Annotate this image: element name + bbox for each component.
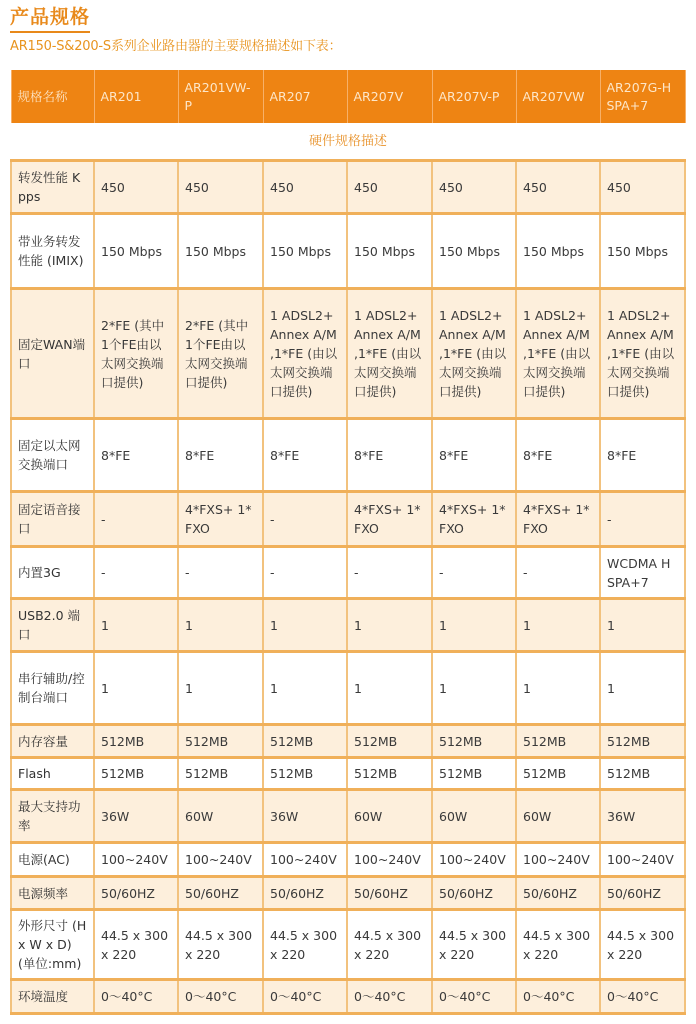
cell-value: 8*FE (178, 419, 263, 492)
cell-value: 1 (94, 652, 178, 725)
cell-value: 44.5 x 300 x 220 (432, 910, 516, 980)
table-row: 电源(AC)100~240V100~240V100~240V100~240V10… (11, 843, 685, 877)
cell-value: 450 (347, 161, 432, 214)
row-label: 带业务转发性能 (IMIX) (11, 214, 94, 289)
cell-value: 100~240V (347, 843, 432, 877)
table-row: 串行辅助/控制台端口1111111 (11, 652, 685, 725)
page-subtitle: AR150-S&200-S系列企业路由器的主要规格描述如下表： (10, 35, 341, 54)
header-cell-ar201: AR201 (94, 70, 178, 123)
cell-value: 450 (600, 161, 685, 214)
cell-value: 450 (178, 161, 263, 214)
cell-value: 450 (94, 161, 178, 214)
cell-value: 1 (347, 652, 432, 725)
table-row: 环境温度0～40°C0～40°C0～40°C0～40°C0～40°C0～40°C… (11, 980, 685, 1014)
table-row: 转发性能 Kpps450450450450450450450 (11, 161, 685, 214)
cell-value: 0～40°C (94, 980, 178, 1014)
cell-value: 512MB (516, 758, 600, 790)
cell-value: 150 Mbps (178, 214, 263, 289)
cell-value: 36W (600, 790, 685, 843)
table-row: 内置3G------WCDMA HSPA+7 (11, 547, 685, 599)
cell-value: 8*FE (94, 419, 178, 492)
row-label: 串行辅助/控制台端口 (11, 652, 94, 725)
cell-value: 1 ADSL2+ Annex A/M ,1*FE (由以太网交换端口提供) (600, 289, 685, 419)
cell-value: 512MB (432, 758, 516, 790)
cell-value: 512MB (600, 758, 685, 790)
cell-value: 1 (263, 652, 347, 725)
cell-value: 44.5 x 300 x 220 (347, 910, 432, 980)
page-title: 产品规格 (10, 2, 90, 33)
cell-value: 60W (347, 790, 432, 843)
cell-value: 50/60HZ (600, 877, 685, 910)
cell-value: 60W (178, 790, 263, 843)
header-cell-spec-name: 规格名称 (11, 70, 94, 123)
cell-value: 450 (516, 161, 600, 214)
section-row: 硬件规格描述 (11, 123, 685, 161)
row-label: 电源(AC) (11, 843, 94, 877)
cell-value: 100~240V (600, 843, 685, 877)
cell-value: 1 (178, 652, 263, 725)
cell-value: - (432, 547, 516, 599)
table-row: 最大支持功率36W60W36W60W60W60W36W (11, 790, 685, 843)
cell-value: - (94, 547, 178, 599)
row-label: 外形尺寸 (H x W x D) (单位:mm) (11, 910, 94, 980)
cell-value: 4*FXS+ 1*FXO (516, 492, 600, 547)
header-cell-ar207vw: AR207VW (516, 70, 600, 123)
header-cell-ar207v-p: AR207V-P (432, 70, 516, 123)
cell-value: 50/60HZ (263, 877, 347, 910)
cell-value: 100~240V (263, 843, 347, 877)
row-label: 电源频率 (11, 877, 94, 910)
cell-value: - (94, 492, 178, 547)
cell-value: 60W (516, 790, 600, 843)
cell-value: 1 ADSL2+ Annex A/M ,1*FE (由以太网交换端口提供) (347, 289, 432, 419)
cell-value: 4*FXS+ 1*FXO (347, 492, 432, 547)
cell-value: 512MB (178, 725, 263, 758)
header-cell-ar207: AR207 (263, 70, 347, 123)
cell-value: 2*FE (其中1个FE由以太网交换端口提供) (94, 289, 178, 419)
table-body: 硬件规格描述 转发性能 Kpps450450450450450450450带业务… (11, 123, 685, 1014)
cell-value: 150 Mbps (347, 214, 432, 289)
cell-value: 450 (263, 161, 347, 214)
cell-value: 100~240V (94, 843, 178, 877)
cell-value: 100~240V (516, 843, 600, 877)
cell-value: 1 (516, 652, 600, 725)
cell-value: 60W (432, 790, 516, 843)
cell-value: 1 ADSL2+ Annex A/M ,1*FE (由以太网交换端口提供) (263, 289, 347, 419)
cell-value: 44.5 x 300 x 220 (600, 910, 685, 980)
header-cell-ar207g-hspa7: AR207G-HSPA+7 (600, 70, 685, 123)
row-label: 内置3G (11, 547, 94, 599)
cell-value: 44.5 x 300 x 220 (516, 910, 600, 980)
row-label: 转发性能 Kpps (11, 161, 94, 214)
table-row: 电源频率50/60HZ50/60HZ50/60HZ50/60HZ50/60HZ5… (11, 877, 685, 910)
row-label: 固定语音接口 (11, 492, 94, 547)
cell-value: 0～40°C (432, 980, 516, 1014)
row-label: 环境温度 (11, 980, 94, 1014)
row-label: 最大支持功率 (11, 790, 94, 843)
cell-value: 50/60HZ (347, 877, 432, 910)
cell-value: 100~240V (432, 843, 516, 877)
cell-value: 512MB (263, 758, 347, 790)
row-label: Flash (11, 758, 94, 790)
cell-value: 50/60HZ (94, 877, 178, 910)
cell-value: 150 Mbps (432, 214, 516, 289)
cell-value: 36W (94, 790, 178, 843)
cell-value: 512MB (178, 758, 263, 790)
cell-value: 44.5 x 300 x 220 (94, 910, 178, 980)
cell-value: 36W (263, 790, 347, 843)
cell-value: 150 Mbps (94, 214, 178, 289)
cell-value: 150 Mbps (263, 214, 347, 289)
table-row: 带业务转发性能 (IMIX)150 Mbps150 Mbps150 Mbps15… (11, 214, 685, 289)
cell-value: 1 (94, 599, 178, 652)
cell-value: 8*FE (600, 419, 685, 492)
cell-value: 1 (600, 599, 685, 652)
cell-value: WCDMA HSPA+7 (600, 547, 685, 599)
cell-value: - (263, 492, 347, 547)
cell-value: 150 Mbps (600, 214, 685, 289)
cell-value: 1 (347, 599, 432, 652)
cell-value: - (516, 547, 600, 599)
cell-value: 1 ADSL2+ Annex A/M ,1*FE (由以太网交换端口提供) (432, 289, 516, 419)
cell-value: 0～40°C (516, 980, 600, 1014)
header-cell-ar207v: AR207V (347, 70, 432, 123)
section-label: 硬件规格描述 (11, 123, 685, 161)
cell-value: 44.5 x 300 x 220 (178, 910, 263, 980)
cell-value: 4*FXS+ 1*FXO (178, 492, 263, 547)
table-row: 固定语音接口-4*FXS+ 1*FXO-4*FXS+ 1*FXO4*FXS+ 1… (11, 492, 685, 547)
cell-value: 1 (516, 599, 600, 652)
cell-value: - (178, 547, 263, 599)
cell-value: 512MB (347, 758, 432, 790)
table-header-row: 规格名称 AR201 AR201VW-P AR207 AR207V AR207V… (11, 70, 685, 123)
cell-value: 450 (432, 161, 516, 214)
cell-value: 1 (432, 599, 516, 652)
cell-value: - (600, 492, 685, 547)
cell-value: 512MB (432, 725, 516, 758)
row-label: 固定以太网交换端口 (11, 419, 94, 492)
cell-value: 0～40°C (600, 980, 685, 1014)
cell-value: 512MB (516, 725, 600, 758)
cell-value: 44.5 x 300 x 220 (263, 910, 347, 980)
cell-value: 50/60HZ (516, 877, 600, 910)
cell-value: 8*FE (432, 419, 516, 492)
cell-value: 8*FE (263, 419, 347, 492)
cell-value: 0～40°C (347, 980, 432, 1014)
table-row: 内存容量512MB512MB512MB512MB512MB512MB512MB (11, 725, 685, 758)
table-row: 固定WAN端口2*FE (其中1个FE由以太网交换端口提供)2*FE (其中1个… (11, 289, 685, 419)
cell-value: - (263, 547, 347, 599)
cell-value: 1 (600, 652, 685, 725)
cell-value: 512MB (263, 725, 347, 758)
cell-value: 150 Mbps (516, 214, 600, 289)
table-row: 固定以太网交换端口8*FE8*FE8*FE8*FE8*FE8*FE8*FE (11, 419, 685, 492)
row-label: 固定WAN端口 (11, 289, 94, 419)
cell-value: 1 (263, 599, 347, 652)
table-row: 外形尺寸 (H x W x D) (单位:mm)44.5 x 300 x 220… (11, 910, 685, 980)
header-cell-ar201vw-p: AR201VW-P (178, 70, 263, 123)
cell-value: 4*FXS+ 1*FXO (432, 492, 516, 547)
cell-value: - (347, 547, 432, 599)
table-row: USB2.0 端口1111111 (11, 599, 685, 652)
cell-value: 0～40°C (178, 980, 263, 1014)
cell-value: 2*FE (其中1个FE由以太网交换端口提供) (178, 289, 263, 419)
cell-value: 100~240V (178, 843, 263, 877)
cell-value: 0～40°C (263, 980, 347, 1014)
cell-value: 50/60HZ (432, 877, 516, 910)
cell-value: 1 ADSL2+ Annex A/M ,1*FE (由以太网交换端口提供) (516, 289, 600, 419)
cell-value: 8*FE (516, 419, 600, 492)
spec-table: 规格名称 AR201 AR201VW-P AR207 AR207V AR207V… (10, 70, 686, 1015)
cell-value: 512MB (94, 758, 178, 790)
row-label: 内存容量 (11, 725, 94, 758)
table-row: Flash512MB512MB512MB512MB512MB512MB512MB (11, 758, 685, 790)
cell-value: 8*FE (347, 419, 432, 492)
cell-value: 1 (178, 599, 263, 652)
cell-value: 512MB (94, 725, 178, 758)
cell-value: 512MB (347, 725, 432, 758)
row-label: USB2.0 端口 (11, 599, 94, 652)
cell-value: 50/60HZ (178, 877, 263, 910)
cell-value: 1 (432, 652, 516, 725)
cell-value: 512MB (600, 725, 685, 758)
